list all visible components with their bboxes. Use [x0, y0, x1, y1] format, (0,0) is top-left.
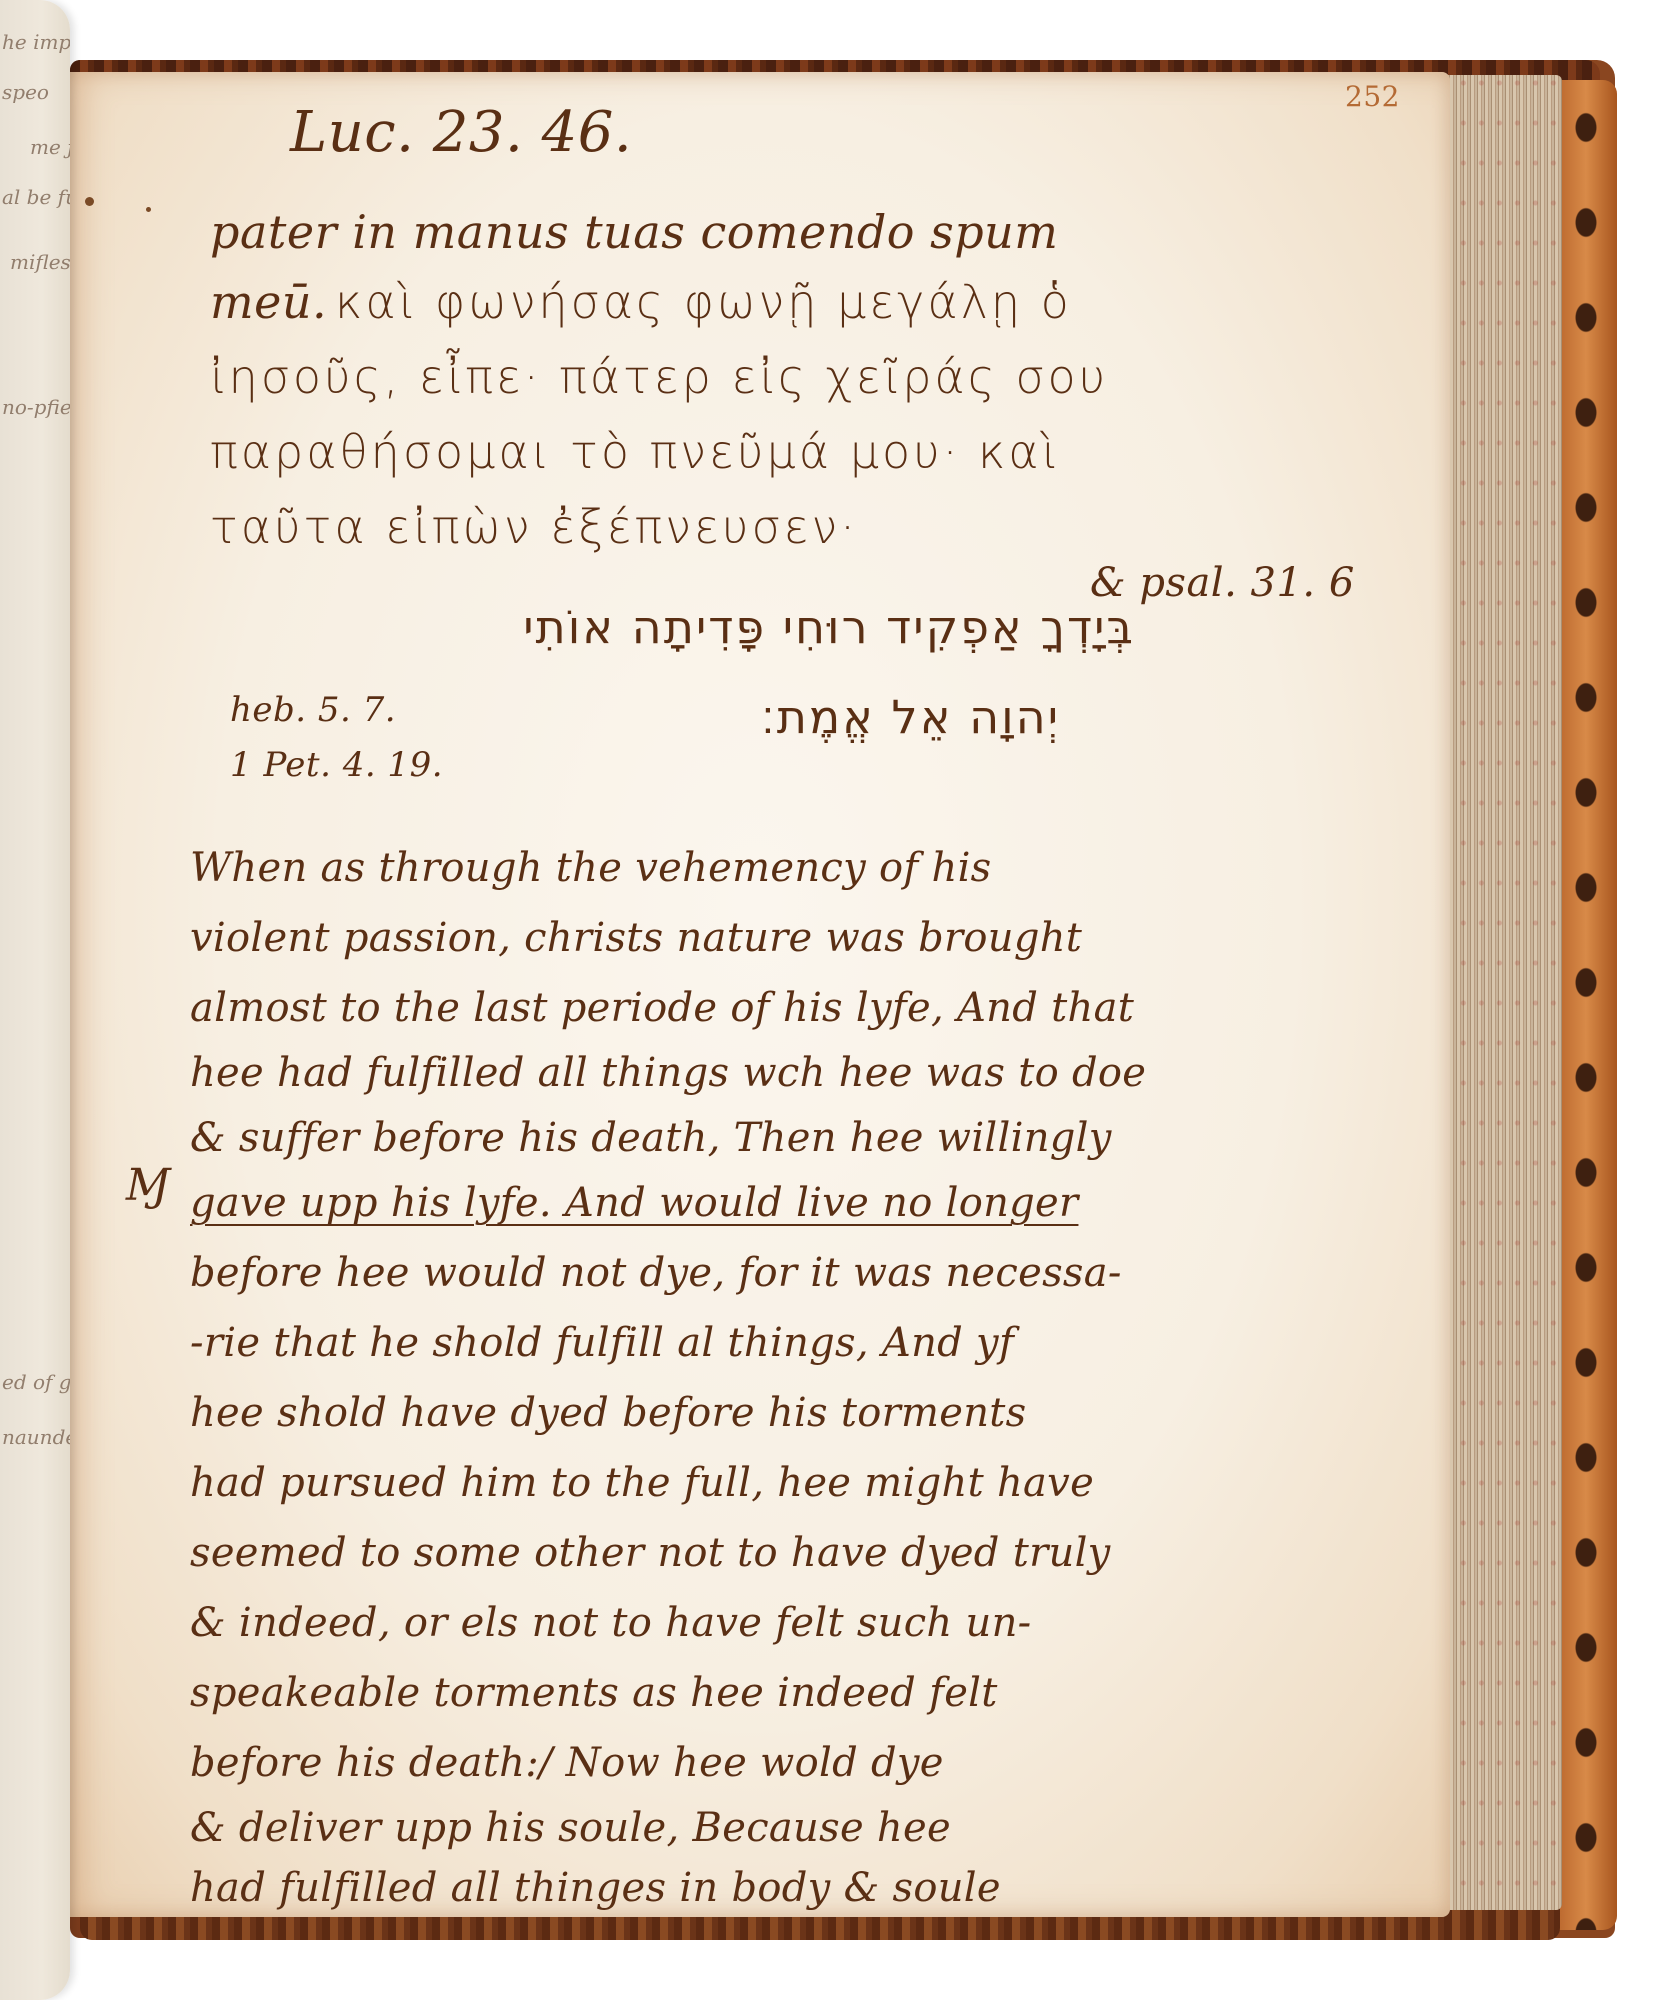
cross-reference: 1 Pet. 4. 19.	[230, 745, 443, 785]
body-text-line: & deliver upp his soule, Because hee	[190, 1805, 951, 1851]
greek-verse-line: καὶ φωνήσας φωνῇ μεγάλῃ ὁ	[335, 275, 1072, 329]
body-text-line: before his death:/ Now hee wold dye	[190, 1740, 944, 1786]
body-text-line: hee had fulfilled all things wch hee was…	[190, 1050, 1146, 1096]
body-text-line: almost to the last periode of his lyfe, …	[190, 985, 1134, 1031]
facing-page-note: ed of god	[2, 1370, 70, 1394]
body-text-line-underlined: gave upp his lyfe. And would live no lon…	[190, 1180, 1078, 1226]
marginal-nota-mark: Ɱ	[125, 1160, 171, 1211]
hebrew-verse-line: יְהוָה אֵל אֱמֶת׃	[610, 690, 1060, 744]
body-text-line: had fulfilled all thinges in body & soul…	[190, 1865, 1001, 1911]
facing-page-note: naunden	[2, 1425, 70, 1449]
body-text-line: When as through the vehemency of his	[190, 845, 991, 891]
latin-verse-line: pater in manus tuas comendo spum	[210, 205, 1058, 259]
text-block-edge	[1440, 75, 1562, 1910]
facing-page-note: al be fulf	[2, 185, 70, 209]
body-text-line: before hee would not dye, for it was nec…	[190, 1250, 1122, 1296]
greek-verse-line: ταῦτα εἰπὼν ἐξέπνευσεν·	[210, 500, 858, 554]
binding-fore-edge-tooling	[1555, 80, 1617, 1930]
body-text-line: & suffer before his death, Then hee will…	[190, 1115, 1112, 1161]
body-text-line: violent passion, christs nature was brou…	[190, 915, 1082, 961]
wormhole	[85, 197, 94, 206]
body-text-line: speakeable torments as hee indeed felt	[190, 1670, 998, 1716]
facing-page-note: he imposed	[2, 30, 70, 54]
latin-verse-line: meū.	[210, 275, 327, 329]
facing-page-note: mifles	[10, 250, 70, 274]
page-number: 252	[1345, 80, 1400, 113]
cross-reference: heb. 5. 7.	[230, 690, 396, 730]
greek-verse-line: παραθήσομαι τὸ πνεῦμά μου· καὶ	[210, 425, 1060, 479]
scripture-reference-heading: Luc. 23. 46.	[290, 100, 632, 165]
facing-page-note: me jn	[30, 135, 70, 159]
facing-page-note: speo	[2, 80, 49, 104]
facing-page-curl: he imposed speo me jn al be fulf mifles …	[0, 0, 70, 2000]
body-text-line: had pursued him to the full, hee might h…	[190, 1460, 1094, 1506]
body-text-line: & indeed, or els not to have felt such u…	[190, 1600, 1031, 1646]
hebrew-verse-line: בְּיָדְךָ אַפְקִיד רוּחִי פָּדִיתָה אוֹת…	[235, 600, 1135, 654]
wormhole	[146, 207, 151, 212]
body-text-line: seemed to some other not to have dyed tr…	[190, 1530, 1111, 1576]
greek-verse-line: ἰησοῦς, εἶπε· πάτερ εἰς χεῖράς σου	[210, 350, 1108, 404]
facing-page-note: no-pfie	[2, 395, 70, 419]
body-text-line: hee shold have dyed before his torments	[190, 1390, 1027, 1436]
body-text-line: -rie that he shold fulfill al things, An…	[190, 1320, 1014, 1366]
